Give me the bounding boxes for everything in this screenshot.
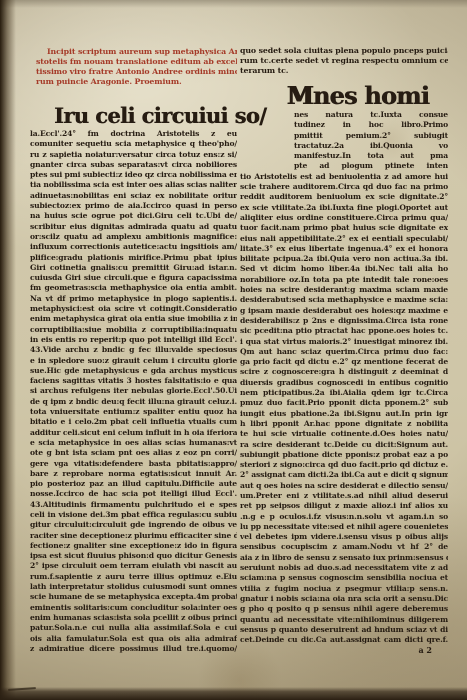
text-line: celi in visione dei.3m pbat effica regul… <box>30 510 237 520</box>
text-line: Giri cotinetia gnalis:cu premittit Giru:… <box>30 263 237 273</box>
text-line: subiungit pbatione dicte pponis:z probat… <box>240 450 448 460</box>
right-column-top-continuation: quo sedet sola ciuitas plena populo pnce… <box>240 46 448 76</box>
text-line: faciens sagittas vitatis 3 hostes falsit… <box>30 376 237 386</box>
text-line: terarum tc. <box>240 66 448 76</box>
text-line: gnanter circa subas separatas:vt circa n… <box>30 160 237 170</box>
text-line: ex scie vtilitate.2a ibi.Iuxta fine plog… <box>240 203 448 213</box>
text-line: aia z in libro de sensu z sensato iux pr… <box>240 553 448 563</box>
heading-initial: M <box>287 81 313 110</box>
text-line: desiderabut:sed scia methaphysice e maxi… <box>240 295 448 305</box>
text-line: h libri pponit Ar.hac ppone dignitate z … <box>240 419 448 429</box>
text-line: in eis entis ro reperit:p quo pot intell… <box>30 335 237 345</box>
text-line: aliqliter eius ordine constituere.Circa … <box>240 213 448 223</box>
text-line: metaphysici:est oia scire vt cotingit.Co… <box>30 304 237 314</box>
text-line: gnatur i nobis scia:na oia nra scia orit… <box>240 594 448 604</box>
text-line: manifestuz.In tota aut pma <box>294 151 448 161</box>
text-line: ipsa est sicut fluuius phison:d quo dici… <box>30 551 237 561</box>
text-line: ois alia famulatur.Sola est qua ois alia… <box>30 634 237 644</box>
text-line: ret pp seipsos diligut z maxie alioz.i i… <box>240 501 448 511</box>
text-line: quo sedet sola ciuitas plena populo pnce… <box>240 46 448 56</box>
text-line: eius nali appetibilitate.2° ex ei eentia… <box>240 234 448 244</box>
text-line: reddit auditorem beniuolum ex scie digni… <box>240 192 448 202</box>
text-line: fm geometras:scia methaphysice oia entia… <box>30 283 237 293</box>
text-line: i qua stat virtus maioris.2° inuestigat … <box>240 337 448 347</box>
text-line: quantu ad necessitate vite:nihilominus d… <box>240 615 448 625</box>
text-line: gere vga vitatis:defendere basta pbitati… <box>30 459 237 469</box>
text-line: rum.f.sapientie z auru terre illius opti… <box>30 572 237 582</box>
text-line: plifice:gradu plationis mirifice.Primu p… <box>30 253 237 263</box>
text-line: pmittit pemium.2° subiugit <box>294 131 448 141</box>
text-line: nes natura tc.Iuxta consue <box>294 110 448 120</box>
text-line: additur celi.sicut eni celum influit in … <box>30 428 237 438</box>
text-line: lu pp necessitate vite:sed et nihil ager… <box>240 522 448 532</box>
text-line: ga prio facit qd dictu e.2° qz mentione … <box>240 357 448 367</box>
rubric-line: stotelis fm nouam translatione editum ab… <box>36 57 237 67</box>
text-line: adinuetas:nobilitas eni sciaz ex nobilit… <box>30 191 237 201</box>
left-column: Iru celi circuiui so/ la.Eccl'.24° fm do… <box>30 103 237 654</box>
text-line: gitur circuluit:circuluit gde ingrendo d… <box>30 520 237 530</box>
text-line: scire z cognoscere:gra h distinguit z de… <box>240 367 448 377</box>
text-line: cet.Deinde cu dic.Ca aut.assignat cam di… <box>240 635 448 645</box>
rubric-incipit: Incipit scriptum aureum sup metaphysica … <box>36 47 237 87</box>
text-line: pmuz duo facit.Prio pponit dicta pponem.… <box>240 398 448 408</box>
text-line: enim humanas scias:ista sola pcellit z o… <box>30 613 237 623</box>
text-line: de q ipm z bndic deu:q fecit illu:na gir… <box>30 397 237 407</box>
text-line: 43.Vide archu z bndic g fec illu:valde s… <box>30 345 237 355</box>
text-line: sciam:na p sensus cognoscim sensibilia n… <box>240 573 448 583</box>
text-line: bitatio e i celo.2m pbat celi influetia … <box>30 417 237 427</box>
text-line: 2° ipse circuluit oem terram eiulath vbi… <box>30 561 237 571</box>
page-edge-shadow-top <box>0 0 467 8</box>
text-line: aut q oes hoies na scire desiderat e dil… <box>240 481 448 491</box>
text-line: g ipsam maxie desiderabut oes hoies:qz m… <box>240 306 448 316</box>
text-line: si archus refulgens iter nebulas glorie.… <box>30 386 237 396</box>
text-line: tuor facit.nam primo pbat huius scie dig… <box>240 223 448 233</box>
text-line: nem pticipatibus.2a ibi.Aialia qdem igr … <box>240 388 448 398</box>
text-line: tudinez in hoc libro.Primo <box>294 120 448 130</box>
text-line: norabiliore oz.In tota pa pte intedit ta… <box>240 275 448 285</box>
text-line: bare z reprobare norma egtatis:sicut inn… <box>30 469 237 479</box>
text-line: scribitur eius dignitas admirada quatu a… <box>30 222 237 232</box>
text-line: iungit eius pbatione.2a ibi.Signu aut.In… <box>240 409 448 419</box>
text-line: lath interpretatur stolidus cuiusmodi su… <box>30 582 237 592</box>
text-line: sensus p quanto deseruirent ad hndum sci… <box>240 625 448 635</box>
text-line: pte ad plogum ptinete inten <box>294 161 448 171</box>
text-line: sue.Hic gde metaphysicus e gda archus my… <box>30 366 237 376</box>
text-line: te hui scie virtualie cotinente.d.Oes ho… <box>240 429 448 439</box>
printer-signature: a 2 <box>240 645 448 655</box>
text-line: sensibus cocupiscim z amam.Nodu vt hf 2°… <box>240 542 448 552</box>
text-line: cuiusda Giri siue circuli.que e figura c… <box>30 273 237 283</box>
text-line: Na vt df primo metaphysice in plogo sapi… <box>30 294 237 304</box>
text-line: bilitate pcipua.2a ibi.Quia vero non act… <box>240 254 448 264</box>
text-line: 2° assignat cam dicti.2a ibi.Ca aut e di… <box>240 470 448 480</box>
text-line: scie humane de se metaphysica excepta.4m… <box>30 592 237 602</box>
text-line: vtilia z fugim nociua z psegmur vtilia:p… <box>240 584 448 594</box>
left-column-heading: Iru celi circuiui so/ <box>30 103 237 129</box>
text-line: tota vniuersitate entium:z spaliter enti… <box>30 407 237 417</box>
text-line: seruiunt nobis ad duo.s.ad necessitatem … <box>240 563 448 573</box>
page-edge-shadow-bottom <box>0 687 467 700</box>
text-line: la.Eccl'.24° fm doctrina Aristotelis z e… <box>30 129 237 139</box>
right-column-heading: Mnes homi <box>287 82 448 110</box>
page-edge-shadow-left <box>0 0 16 700</box>
text-line: um.Preter eni z vtilitate.s.ad nihil ali… <box>240 491 448 501</box>
text-line: ptes sui pmi subiecti:z ideo qz circa no… <box>30 170 237 180</box>
book-page-photo: Incipit scriptum aureum sup metaphysica … <box>0 0 467 700</box>
text-line: tractatuz.2a ibi.Quonia vo <box>294 141 448 151</box>
rubric-line: tissimo viro fratre Antonio Andree ordin… <box>36 67 237 77</box>
right-column-body: tio Aristotelis est ad beniuolentia z ad… <box>240 172 448 646</box>
text-line: e in spledore suo:z girauit celum i circ… <box>30 356 237 366</box>
text-line: comuniter sequetiu scia metaphysice q th… <box>30 139 237 149</box>
text-line: corruptibilia:siue mobilia z corruptibil… <box>30 325 237 335</box>
text-line: influxum correctionis autetice:actu ings… <box>30 242 237 252</box>
text-line: ra scire desiderant tc.Deide cu dicit:Si… <box>240 440 448 450</box>
text-line: steriori z signo:circa qd duo facit.prio… <box>240 460 448 470</box>
text-line: scie trahere auditorem.Circa qd duo fac … <box>240 182 448 192</box>
text-line: g pho q posito q p sensus nihil agere de… <box>240 604 448 614</box>
text-line: diuersis gradibus cognoscedi in entibus … <box>240 378 448 388</box>
text-line: tio Aristotelis est ad beniuolentia z ad… <box>240 172 448 182</box>
text-line: subiectoz:ex primo de aia.Iccirco quasi … <box>30 201 237 211</box>
text-line: enim metaphysica girat oia entia siue im… <box>30 314 237 324</box>
text-line: raciter sine deceptione:z plurimu effica… <box>30 531 237 541</box>
text-line: fectione:z gnaliter sine exceptione:z id… <box>30 541 237 551</box>
text-line: pio posterioz paz an illud capitulu.Diff… <box>30 479 237 489</box>
text-line: 43.Altitudinis firmamentu pulchritudo ei… <box>30 500 237 510</box>
text-line: z admiratiue dicere possimus illud tre.i… <box>30 644 237 654</box>
text-line: sic pcedit:na ptio ptractat hac ppone.oe… <box>240 326 448 336</box>
text-line: vel debetes ipm videre.i.sensu visus p o… <box>240 532 448 542</box>
text-line: ru z sapietia noiatur:versatur circa tot… <box>30 150 237 160</box>
text-line: na huius scie ogrue pot dici.Giru celi t… <box>30 211 237 221</box>
text-line: nosse.Iccirco de hac scia pot itelligi i… <box>30 489 237 499</box>
right-column: Mnes homi nes natura tc.Iuxta consuetudi… <box>240 82 448 655</box>
text-line: Sed vt dicim homo liber.4a ibi.Nec tali … <box>240 264 448 274</box>
text-line: desiderabilis:z p 2ns e dignissima.Circa… <box>240 316 448 326</box>
text-line: patur.Sola.n.e cui nulla alia assimilaf.… <box>30 623 237 633</box>
text-line: eminentis solitaris:cum concluditur sola… <box>30 603 237 613</box>
text-line: e scia metaphysice in oes alias scias hu… <box>30 438 237 448</box>
text-line: ote g bnt ista sciam pnt oes alias z eoz… <box>30 448 237 458</box>
text-line: .n.g e p oculos.i.fz visus:n.n.solu vt a… <box>240 512 448 522</box>
text-line: hoies na scire desiderant:g maxima sciam… <box>240 285 448 295</box>
left-column-body: la.Eccl'.24° fm doctrina Aristotelis z e… <box>30 129 237 654</box>
text-line: or:scilz quatu ad amplexu ambitionis mag… <box>30 232 237 242</box>
heading-rest: nes homi <box>313 81 429 110</box>
rubric-line: Incipit scriptum aureum sup metaphysica … <box>36 47 237 57</box>
text-line: Qm aut hanc sciaz querim.Circa primu duo… <box>240 347 448 357</box>
rubric-line: rum puincie Aragonie. Proemium. <box>36 77 237 87</box>
text-line: litate.3° ex eius libertate ingenua.4° e… <box>240 244 448 254</box>
right-column-indent-block: nes natura tc.Iuxta consuetudinez in hoc… <box>294 110 448 172</box>
text-line: rum tc.certe sedet vt regina respectu om… <box>240 56 448 66</box>
text-line: tia nobilissima scia est inter oes alias… <box>30 180 237 190</box>
